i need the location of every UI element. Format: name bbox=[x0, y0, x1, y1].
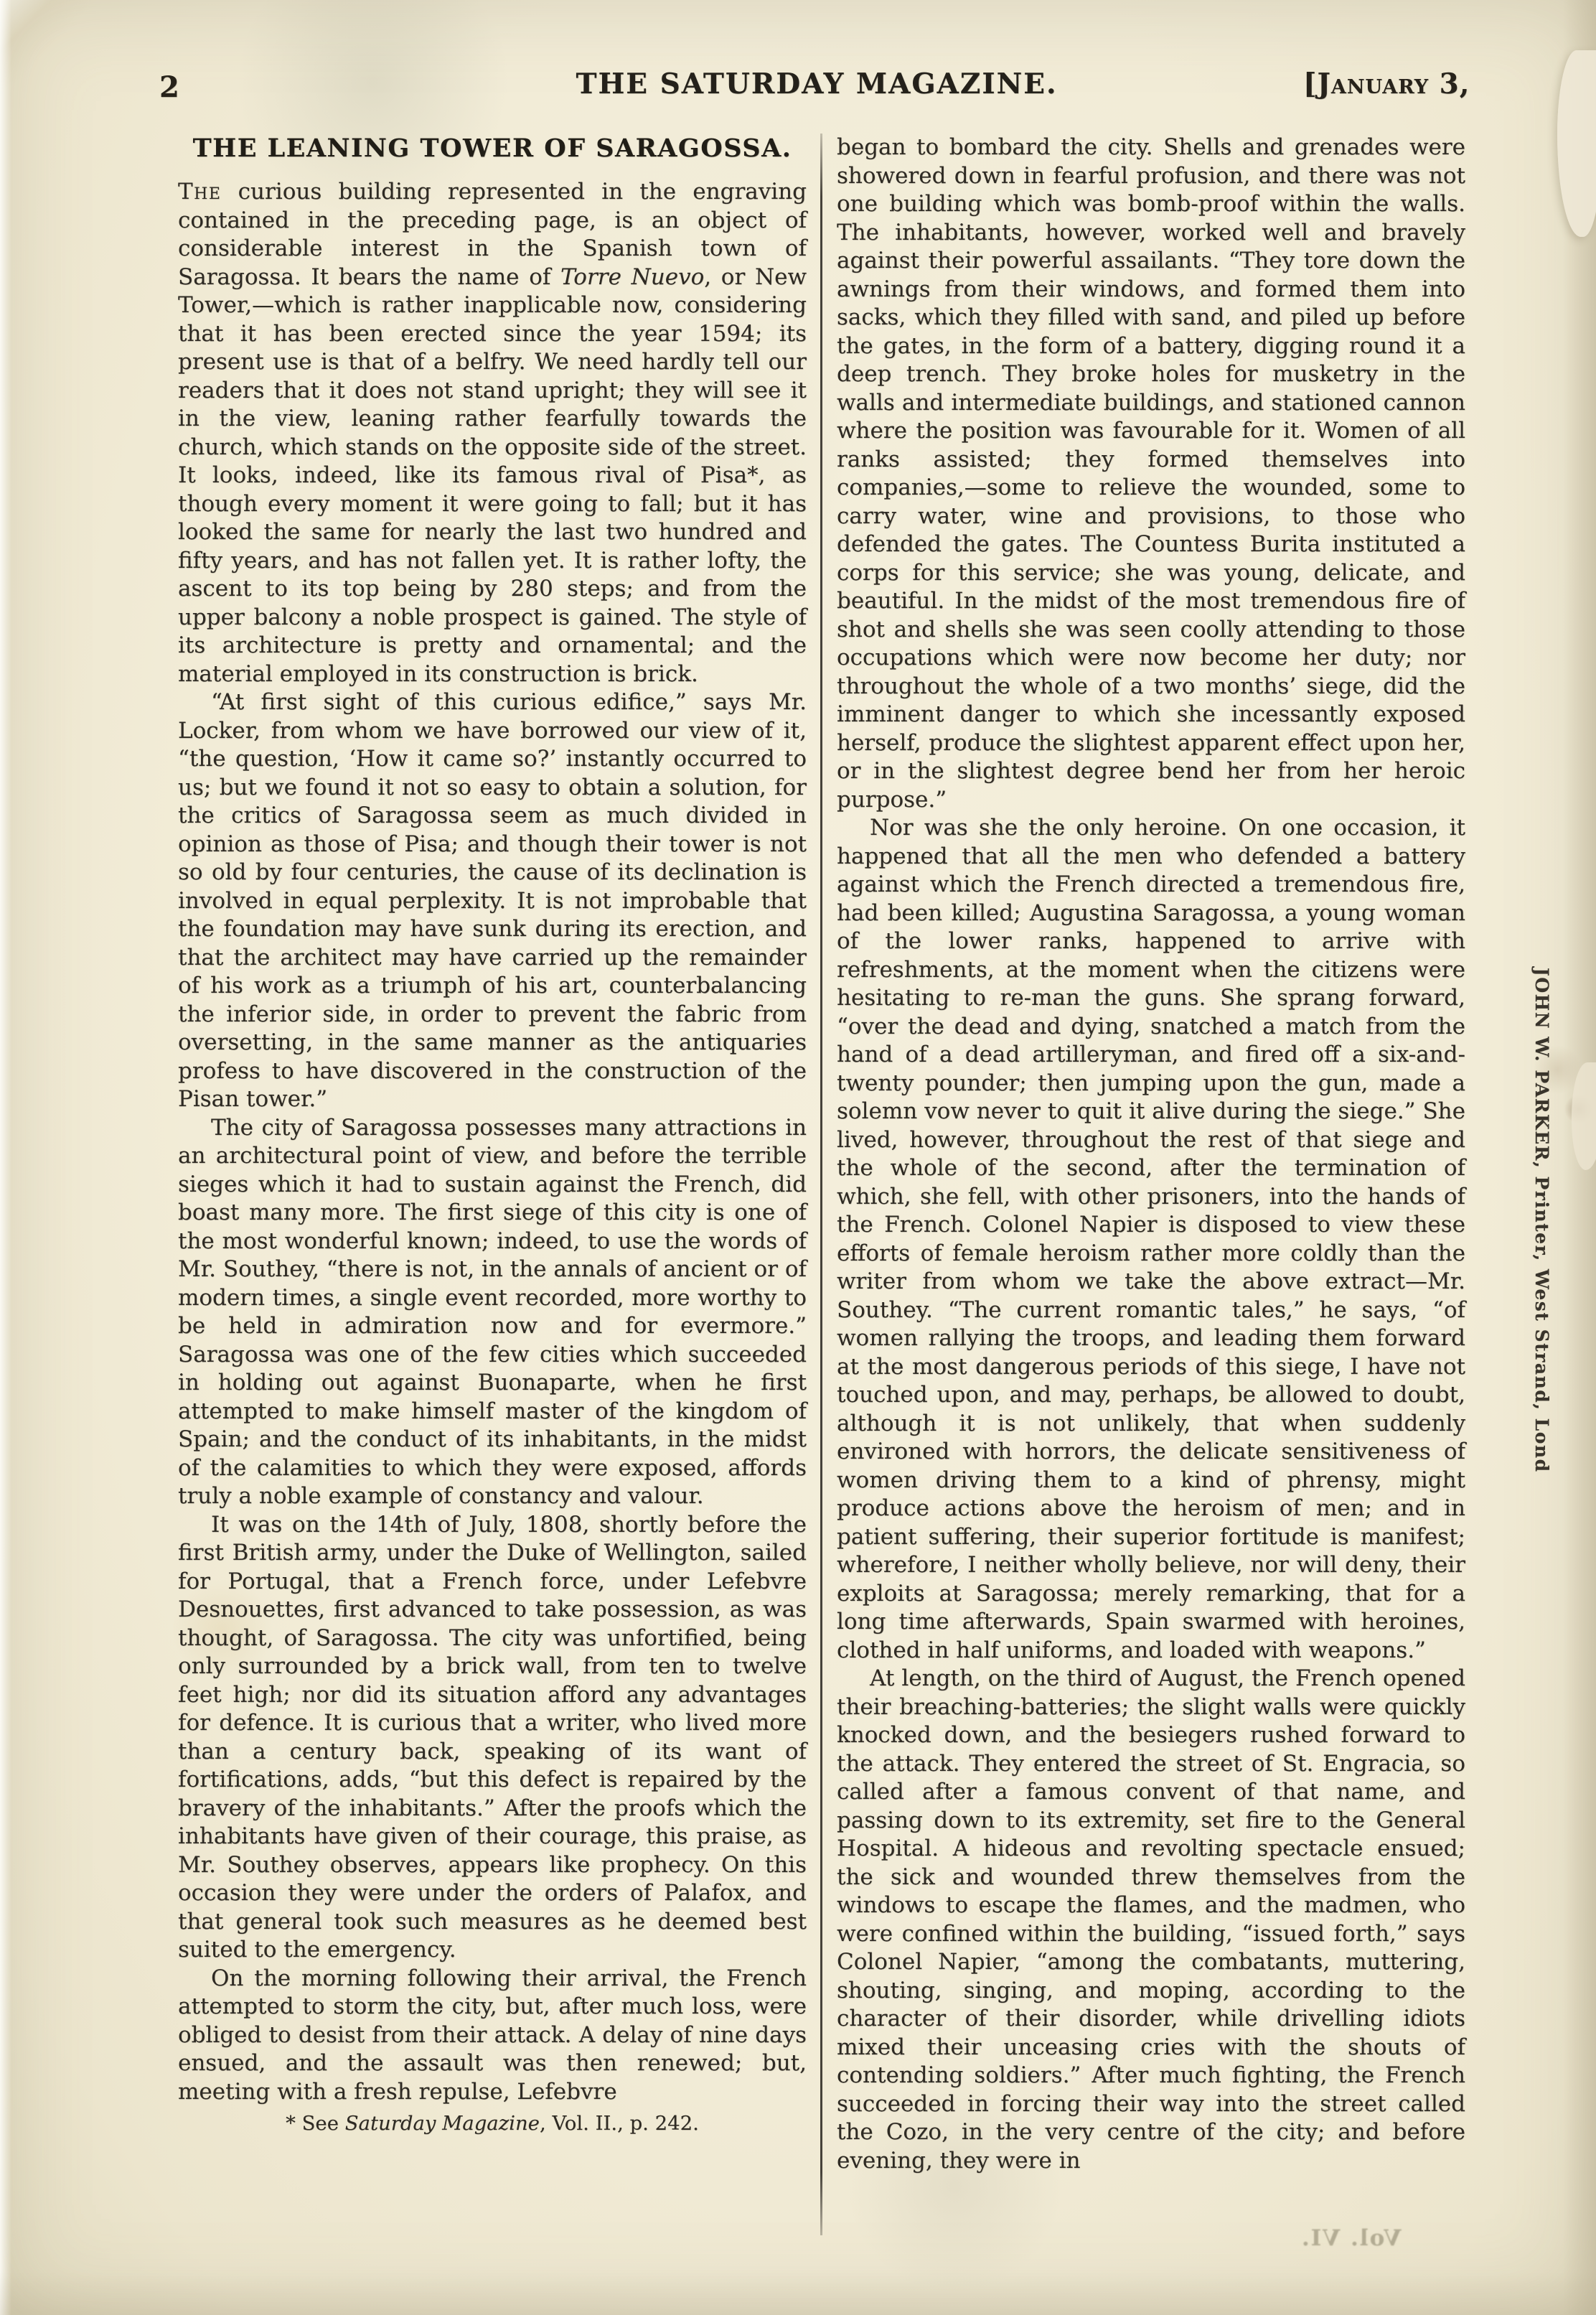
paper-crease bbox=[0, 0, 187, 100]
footnote: * See Saturday Magazine, Vol. II., p. 24… bbox=[178, 2112, 807, 2135]
issue-date: [January 3, bbox=[1303, 67, 1470, 100]
page-edge-bottom bbox=[0, 2272, 1596, 2315]
column-divider-rule bbox=[820, 134, 822, 2235]
footnote-title-italic: Saturday Magazine bbox=[345, 2112, 540, 2135]
magazine-title: THE SATURDAY MAGAZINE. bbox=[530, 67, 1104, 100]
magazine-page: 2 THE SATURDAY MAGAZINE. [January 3, THE… bbox=[0, 0, 1596, 2315]
left-column: THE LEANING TOWER OF SARAGOSSA. The curi… bbox=[178, 134, 807, 2135]
text-run: , or New Tower,—which is rather inapplic… bbox=[178, 264, 807, 687]
page-number: 2 bbox=[159, 70, 179, 104]
italic-run-torre-nuevo: Torre Nuevo bbox=[560, 264, 704, 290]
paragraph-bombardment: began to bombard the city. Shells and gr… bbox=[837, 134, 1465, 814]
page-edge-left bbox=[0, 0, 11, 2315]
footnote-reference: , Vol. II., p. 242. bbox=[540, 2112, 699, 2135]
printer-colophon: JOHN W. PARKER, Printer, West Strand, Lo… bbox=[1531, 968, 1552, 1470]
right-column: began to bombard the city. Shells and gr… bbox=[837, 134, 1465, 2175]
article-headline: THE LEANING TOWER OF SARAGOSSA. bbox=[178, 134, 807, 164]
paragraph-city-attractions: The city of Saragossa possesses many att… bbox=[178, 1114, 807, 1511]
lead-word: The bbox=[178, 179, 221, 205]
paragraph-opening: The curious building represented in the … bbox=[178, 178, 807, 688]
paper-tear-middle bbox=[1572, 1062, 1596, 1170]
paragraph-heroines: Nor was she the only heroine. On one occ… bbox=[837, 814, 1465, 1665]
footnote-marker: * See bbox=[286, 2112, 345, 2135]
paragraph-third-august: At length, on the third of August, the F… bbox=[837, 1665, 1465, 2175]
paragraph-first-siege: It was on the 14th of July, 1808, shortl… bbox=[178, 1511, 807, 1965]
paragraph-locker-quote: “At first sight of this curious edifice,… bbox=[178, 688, 807, 1114]
paragraph-storm-attempt: On the morning following their arrival, … bbox=[178, 1965, 807, 2107]
ghost-volume-mark: Vol. VI. bbox=[1300, 2225, 1402, 2251]
